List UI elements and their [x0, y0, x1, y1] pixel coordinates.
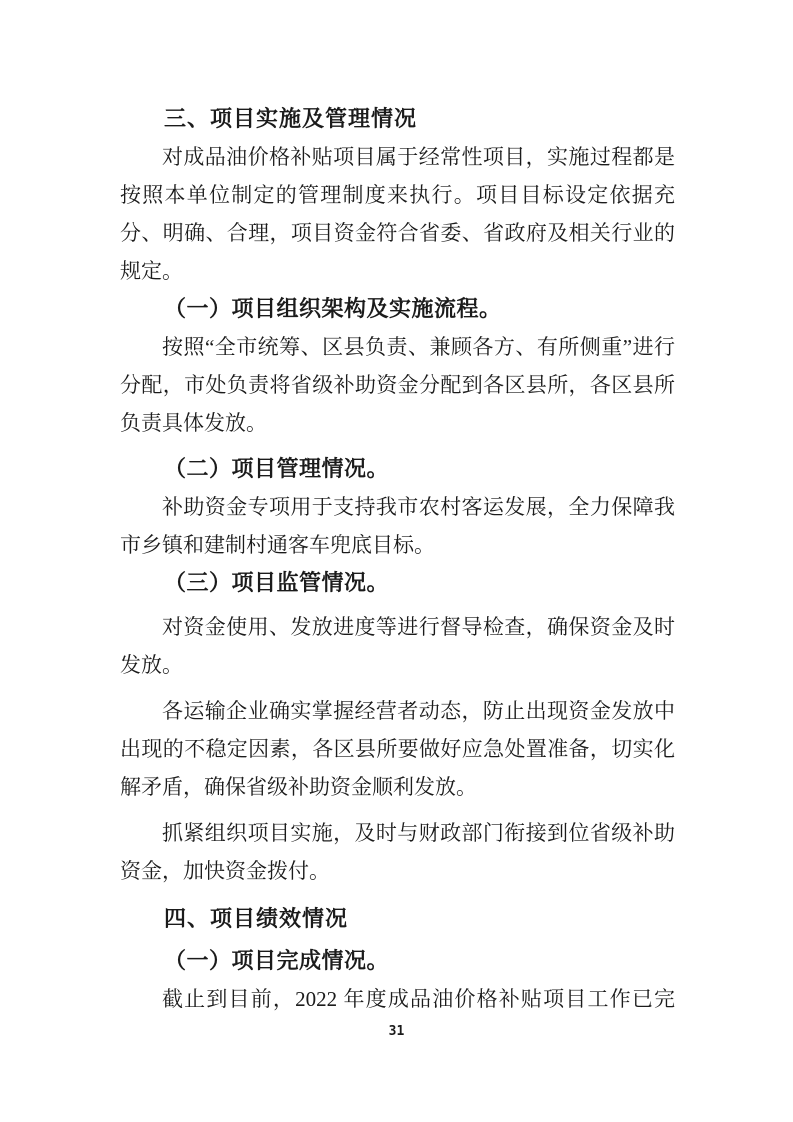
subsection-heading: （二）项目管理情况。 — [120, 450, 675, 488]
paragraph: 截止到目前，2022 年度成品油价格补贴项目工作已完 — [120, 980, 675, 1018]
subsection-heading: （一）项目完成情况。 — [120, 942, 675, 980]
paragraph: 按照“全市统筹、区县负责、兼顾各方、有所侧重”进行分配，市处负责将省级补助资金分… — [120, 328, 675, 442]
document-page: 三、项目实施及管理情况对成品油价格补贴项目属于经常性项目，实施过程都是按照本单位… — [0, 0, 793, 1122]
paragraph: 补助资金专项用于支持我市农村客运发展，全力保障我市乡镇和建制村通客车兜底目标。 — [120, 488, 675, 564]
section-heading: 三、项目实施及管理情况 — [120, 100, 675, 138]
subsection-heading: （三）项目监管情况。 — [120, 564, 675, 602]
paragraph: 各运输企业确实掌握经营者动态，防止出现资金发放中出现的不稳定因素，各区县所要做好… — [120, 692, 675, 806]
paragraph: 对资金使用、发放进度等进行督导检查，确保资金及时发放。 — [120, 608, 675, 684]
subsection-heading: （一）项目组织架构及实施流程。 — [120, 290, 675, 328]
document-body: 三、项目实施及管理情况对成品油价格补贴项目属于经常性项目，实施过程都是按照本单位… — [120, 100, 675, 1018]
section-heading: 四、项目绩效情况 — [120, 900, 675, 938]
page-number: 31 — [0, 1024, 793, 1039]
paragraph: 对成品油价格补贴项目属于经常性项目，实施过程都是按照本单位制定的管理制度来执行。… — [120, 138, 675, 290]
paragraph: 抓紧组织项目实施，及时与财政部门衔接到位省级补助资金，加快资金拨付。 — [120, 814, 675, 890]
